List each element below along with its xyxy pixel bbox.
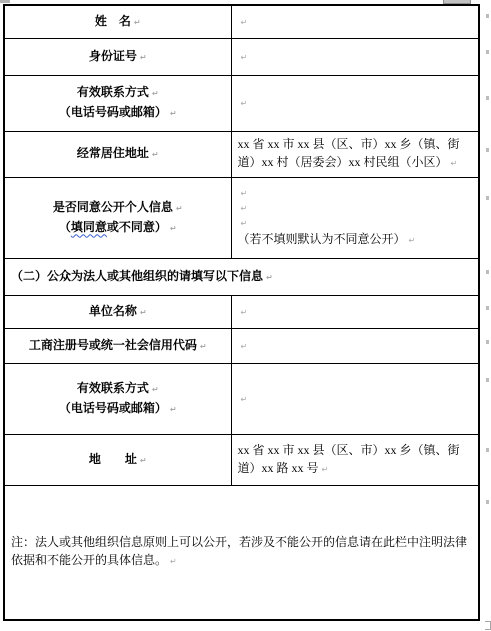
credit-code-value-cell[interactable]: ↵	[231, 328, 479, 363]
paragraph-mark-icon: ↵	[140, 456, 147, 465]
org-name-label: 单位名称	[89, 304, 137, 318]
row-end-mark	[486, 500, 489, 504]
row-end-mark	[486, 148, 489, 152]
consent-label-cell: 是否同意公开个人信息↵ （填同意或不同意）↵	[4, 177, 231, 258]
org-name-label-cell: 单位名称↵	[4, 295, 231, 328]
name-label: 姓 名	[95, 14, 131, 28]
table-row-residence-address: 经常居住地址↵ xx 省 xx 市 xx 县（区、市）xx 乡（镇、街道）xx …	[4, 131, 479, 177]
paragraph-mark-icon: ↵	[170, 557, 177, 566]
paragraph-mark-icon: ↵	[170, 224, 177, 233]
consent-hint: （若不填则默认为不同意公开）↵	[238, 230, 473, 250]
table-row-id-number: 身份证号↵ ↵	[4, 38, 479, 75]
row-end-mark	[486, 14, 489, 18]
paragraph-mark-icon: ↵	[176, 204, 183, 213]
table-row-section2-header: （二）公众为法人或其他组织的请填写以下信息↵	[4, 258, 479, 295]
row-end-mark	[486, 96, 489, 100]
paragraph-mark-icon: ↵	[241, 308, 248, 317]
empty-paragraph: ↵	[238, 185, 473, 200]
id-number-value-cell[interactable]: ↵	[231, 38, 479, 75]
row-end-mark	[486, 270, 489, 274]
note-text: 注：法人或其他组织信息原则上可以公开，若涉及不能公开的信息请在此栏中注明法律依据…	[11, 535, 467, 567]
table-row-org-address: 地 址↵ xx 省 xx 市 xx 县（区、市）xx 乡（镇、街道）xx 路 x…	[4, 434, 479, 485]
consent-value-cell[interactable]: ↵ ↵ ↵ （若不填则默认为不同意公开）↵	[231, 177, 479, 258]
document-page: 姓 名↵ ↵ 身份证号↵ ↵ 有效联系方式↵ （电话号码或邮箱）↵ ↵	[0, 0, 491, 631]
paragraph-mark-icon: ↵	[152, 89, 159, 98]
credit-code-label-cell: 工商注册号或统一社会信用代码↵	[4, 328, 231, 363]
paragraph-mark-icon: ↵	[140, 53, 147, 62]
row-end-mark	[486, 50, 489, 54]
paragraph-mark-icon: ↵	[140, 308, 147, 317]
table-row-personal-contact: 有效联系方式↵ （电话号码或邮箱）↵ ↵	[4, 75, 479, 131]
row-end-mark	[486, 448, 489, 452]
org-address-value-cell[interactable]: xx 省 xx 市 xx 县（区、市）xx 乡（镇、街道）xx 路 xx 号↵	[231, 434, 479, 485]
table-row-org-name: 单位名称↵ ↵	[4, 295, 479, 328]
personal-contact-label-line1: 有效联系方式↵	[11, 83, 225, 103]
table-row-org-contact: 有效联系方式↵ （电话号码或邮箱）↵ ↵	[4, 363, 479, 434]
personal-contact-value-cell[interactable]: ↵	[231, 75, 479, 131]
empty-paragraph: ↵	[238, 215, 473, 230]
residence-label: 经常居住地址	[77, 146, 149, 160]
residence-value-text: xx 省 xx 市 xx 县（区、市）xx 乡（镇、街道）xx 村（居委会）xx…	[238, 137, 460, 169]
page-edge-artifact-bottom-right	[485, 621, 491, 630]
org-address-value-text: xx 省 xx 市 xx 县（区、市）xx 乡（镇、街道）xx 路 xx 号	[238, 443, 460, 475]
personal-contact-label-line2: （电话号码或邮箱）↵	[11, 103, 225, 123]
table-row-credit-code: 工商注册号或统一社会信用代码↵ ↵	[4, 328, 479, 363]
section2-header: （二）公众为法人或其他组织的请填写以下信息	[11, 269, 263, 283]
paragraph-mark-icon: ↵	[200, 342, 207, 351]
paragraph-mark-icon: ↵	[152, 385, 159, 394]
org-contact-label-cell: 有效联系方式↵ （电话号码或邮箱）↵	[4, 363, 231, 434]
table-row-note: 注：法人或其他组织信息原则上可以公开，若涉及不能公开的信息请在此栏中注明法律依据…	[4, 485, 479, 620]
page-edge-artifact-top-left	[0, 0, 10, 3]
paragraph-mark-icon: ↵	[241, 189, 248, 198]
paragraph-mark-icon: ↵	[241, 395, 248, 404]
paragraph-mark-icon: ↵	[266, 273, 273, 282]
row-end-mark	[486, 196, 489, 200]
name-label-cell: 姓 名↵	[4, 5, 231, 38]
org-name-value-cell[interactable]: ↵	[231, 295, 479, 328]
note-cell[interactable]: 注：法人或其他组织信息原则上可以公开，若涉及不能公开的信息请在此栏中注明法律依据…	[4, 485, 479, 620]
residence-label-cell: 经常居住地址↵	[4, 131, 231, 177]
paragraph-mark-icon: ↵	[241, 18, 248, 27]
residence-value-cell[interactable]: xx 省 xx 市 xx 县（区、市）xx 乡（镇、街道）xx 村（居委会）xx…	[231, 131, 479, 177]
paragraph-mark-icon: ↵	[241, 342, 248, 351]
paragraph-mark-icon: ↵	[134, 18, 141, 27]
table-row-name: 姓 名↵ ↵	[4, 5, 479, 38]
row-end-mark	[486, 378, 489, 382]
id-number-label: 身份证号	[89, 49, 137, 63]
paragraph-mark-icon: ↵	[322, 465, 329, 474]
empty-paragraph: ↵	[238, 200, 473, 215]
org-address-label-cell: 地 址↵	[4, 434, 231, 485]
application-form-table: 姓 名↵ ↵ 身份证号↵ ↵ 有效联系方式↵ （电话号码或邮箱）↵ ↵	[3, 4, 480, 621]
row-end-mark	[486, 340, 489, 344]
consent-label-line1: 是否同意公开个人信息↵	[11, 198, 225, 218]
paragraph-mark-icon: ↵	[241, 99, 248, 108]
personal-contact-label-cell: 有效联系方式↵ （电话号码或邮箱）↵	[4, 75, 231, 131]
spellcheck-underlined-text: 填同意	[71, 220, 107, 234]
paragraph-mark-icon: ↵	[409, 236, 416, 245]
org-address-label: 地 址	[89, 452, 137, 466]
paragraph-mark-icon: ↵	[241, 204, 248, 213]
org-contact-value-cell[interactable]: ↵	[231, 363, 479, 434]
paragraph-mark-icon: ↵	[170, 405, 177, 414]
paragraph-mark-icon: ↵	[241, 53, 248, 62]
consent-label-line2: （填同意或不同意）↵	[11, 218, 225, 238]
paragraph-mark-icon: ↵	[241, 219, 248, 228]
paragraph-mark-icon: ↵	[451, 159, 458, 168]
section2-header-cell: （二）公众为法人或其他组织的请填写以下信息↵	[4, 258, 479, 295]
row-end-mark	[486, 306, 489, 310]
table-row-consent: 是否同意公开个人信息↵ （填同意或不同意）↵ ↵ ↵ ↵ （若不填则默认为不同意…	[4, 177, 479, 258]
credit-code-label: 工商注册号或统一社会信用代码	[29, 338, 197, 352]
id-number-label-cell: 身份证号↵	[4, 38, 231, 75]
org-contact-label-line2: （电话号码或邮箱）↵	[11, 399, 225, 419]
org-contact-label-line1: 有效联系方式↵	[11, 379, 225, 399]
name-value-cell[interactable]: ↵	[231, 5, 479, 38]
paragraph-mark-icon: ↵	[170, 109, 177, 118]
paragraph-mark-icon: ↵	[152, 150, 159, 159]
